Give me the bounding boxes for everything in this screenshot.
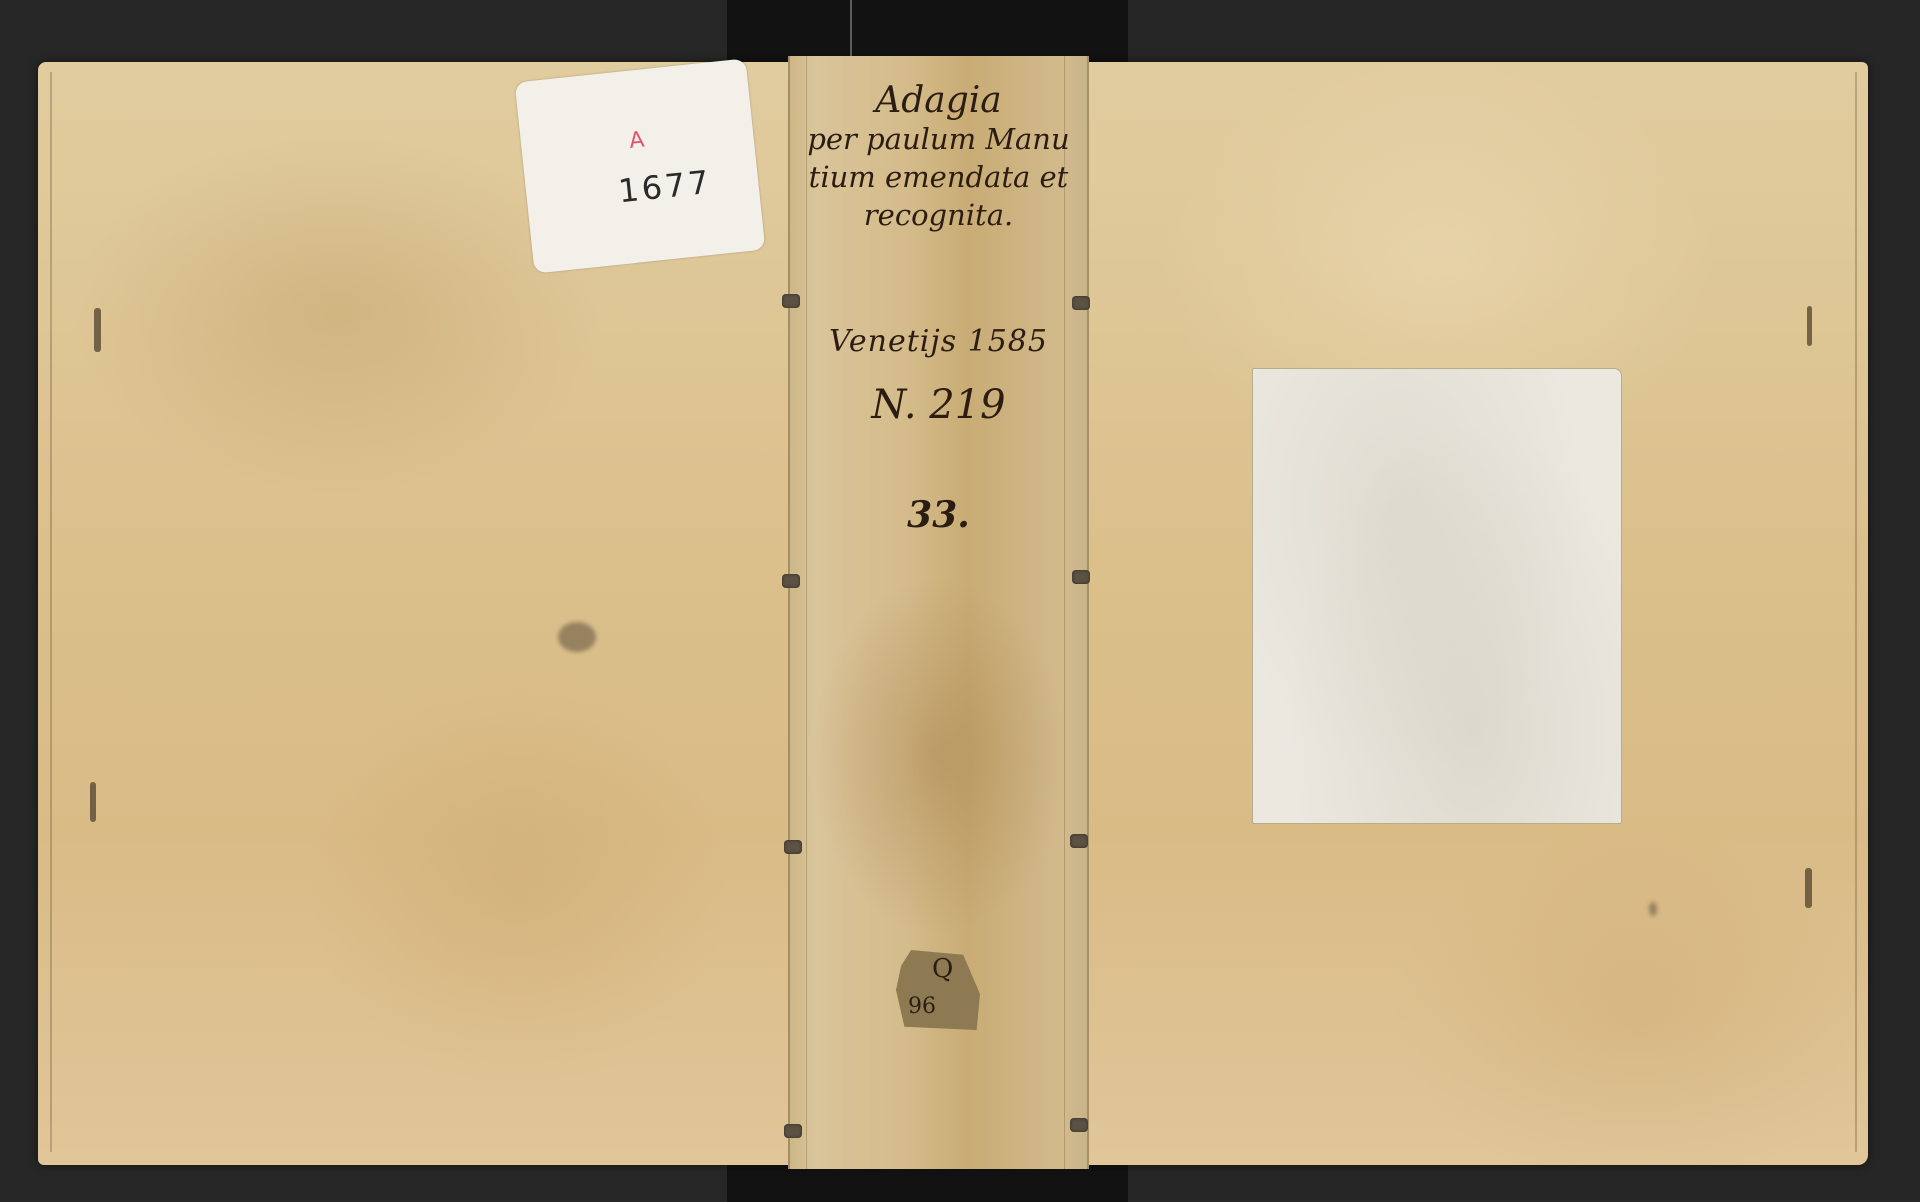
cover-fold-line [1855, 72, 1857, 1152]
spine-title-line: per paulum Manu [790, 120, 1087, 158]
spine-label-line1: Q [932, 954, 953, 984]
background-divider-line [850, 0, 852, 62]
tie-slot-mark [1807, 306, 1812, 346]
sewing-station [782, 574, 800, 588]
spine-shelf-mark: N. 219 [790, 382, 1087, 428]
tie-slot-mark [94, 308, 101, 352]
spine-title: Adagia per paulum Manu tium emendata et … [790, 82, 1087, 234]
spine-title-line: recognita. [790, 196, 1087, 234]
spine-title-line: Adagia [790, 82, 1087, 120]
stain [558, 622, 596, 652]
library-label-letter: A [628, 127, 646, 153]
tie-slot-mark [1805, 868, 1812, 908]
stain [1649, 902, 1657, 916]
cover-fold-line [50, 72, 52, 1152]
spine-label-line2: 96 [908, 994, 936, 1019]
library-label-number: 1677 [617, 163, 714, 211]
spine-number: 33. [790, 494, 1087, 536]
spine-title-line: tium emendata et [790, 158, 1087, 196]
spine-stain [810, 576, 1067, 936]
sewing-station [784, 1124, 802, 1138]
sewing-station [782, 294, 800, 308]
sewing-station [784, 840, 802, 854]
tie-slot-mark [90, 782, 96, 822]
paper-patch [1252, 368, 1622, 824]
spine-place-date: Venetijs 1585 [790, 324, 1087, 359]
library-label: A 1677 [515, 58, 766, 273]
